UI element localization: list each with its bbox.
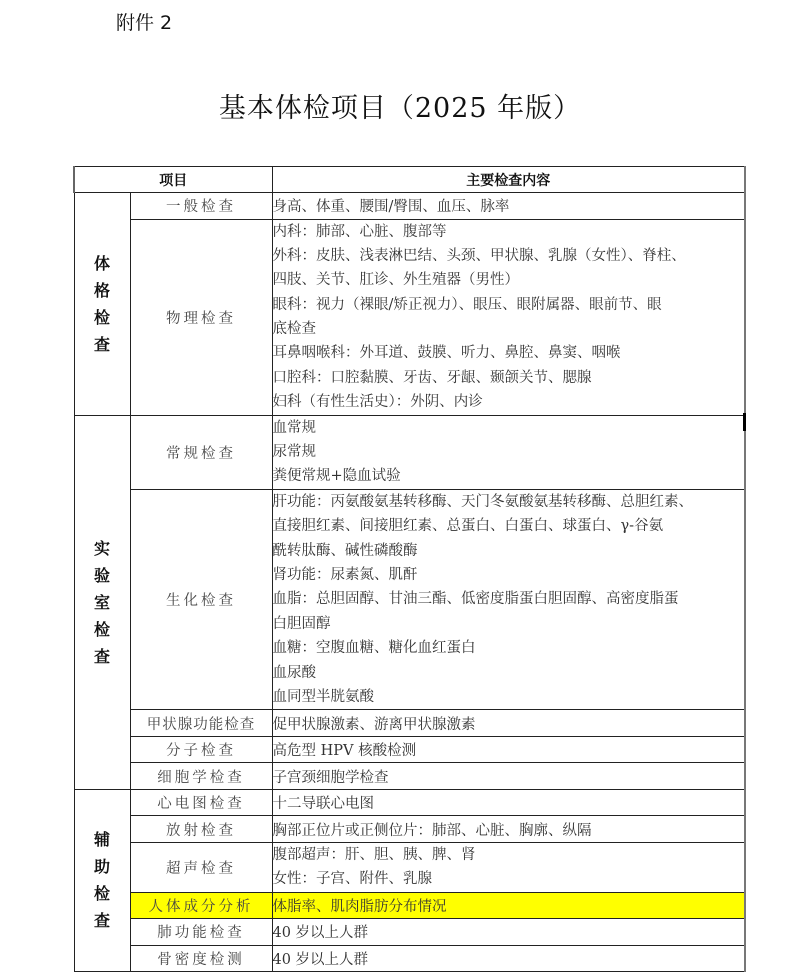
content-line: 口腔科：口腔黏膜、牙齿、牙龈、颞颌关节、腮腺 bbox=[273, 366, 745, 390]
table-header-row: 项目 主要检查内容 bbox=[74, 167, 745, 193]
item-name: 分子检查 bbox=[130, 736, 272, 763]
attachment-label: 附件 2 bbox=[116, 8, 172, 35]
item-name: 物理检查 bbox=[130, 219, 272, 415]
category-char: 验 bbox=[75, 562, 130, 589]
item-content: 40 岁以上人群 bbox=[272, 919, 745, 946]
header-item: 项目 bbox=[74, 167, 272, 193]
category-laboratory-exam: 实 验 室 检 查 bbox=[74, 415, 130, 789]
category-char: 辅 bbox=[75, 826, 130, 853]
table-row: 放射检查 胸部正位片或正侧位片：肺部、心脏、胸廓、纵隔 bbox=[74, 816, 745, 843]
content-line: 妇科（有性生活史）：外阴、内诊 bbox=[273, 390, 745, 414]
table-row: 甲状腺功能检查 促甲状腺激素、游离甲状腺激素 bbox=[74, 710, 745, 737]
document-title: 基本体检项目（2025 年版） bbox=[0, 86, 800, 125]
item-content: 内科：肺部、心脏、腹部等 外科：皮肤、浅表淋巴结、头颈、甲状腺、乳腺（女性）、脊… bbox=[272, 219, 745, 415]
content-line: 眼科：视力（裸眼/矫正视力）、眼压、眼附属器、眼前节、眼 bbox=[273, 293, 745, 317]
table-row: 生化检查 肝功能：丙氨酸氨基转移酶、天门冬氨酸氨基转移酶、总胆红素、 直接胆红素… bbox=[74, 489, 745, 710]
content-line: 肾功能：尿素氮、肌酐 bbox=[273, 563, 745, 587]
table-row: 物理检查 内科：肺部、心脏、腹部等 外科：皮肤、浅表淋巴结、头颈、甲状腺、乳腺（… bbox=[74, 219, 745, 415]
item-name: 甲状腺功能检查 bbox=[130, 710, 272, 737]
item-name: 生化检查 bbox=[130, 489, 272, 710]
content-line: 粪便常规+隐血试验 bbox=[273, 464, 745, 488]
content-line: 腹部超声：肝、胆、胰、脾、肾 bbox=[273, 843, 745, 867]
category-char: 格 bbox=[75, 277, 130, 304]
table-row: 分子检查 高危型 HPV 核酸检测 bbox=[74, 736, 745, 763]
text-cursor-marker bbox=[743, 413, 746, 431]
item-name: 细胞学检查 bbox=[130, 763, 272, 790]
item-content: 十二导联心电图 bbox=[272, 789, 745, 816]
category-physical-exam: 体 格 检 查 bbox=[74, 193, 130, 416]
content-line: 肝功能：丙氨酸氨基转移酶、天门冬氨酸氨基转移酶、总胆红素、 bbox=[273, 490, 745, 514]
category-char: 查 bbox=[75, 643, 130, 670]
category-char: 检 bbox=[75, 880, 130, 907]
category-char: 室 bbox=[75, 589, 130, 616]
item-name: 心电图检查 bbox=[130, 789, 272, 816]
item-name: 放射检查 bbox=[130, 816, 272, 843]
content-line: 血脂：总胆固醇、甘油三酯、低密度脂蛋白胆固醇、高密度脂蛋 bbox=[273, 587, 745, 611]
content-line: 血同型半胱氨酸 bbox=[273, 685, 745, 709]
content-line: 耳鼻咽喉科：外耳道、鼓膜、听力、鼻腔、鼻窦、咽喉 bbox=[273, 341, 745, 365]
table-row: 体 格 检 查 一般检查 身高、体重、腰围/臀围、血压、脉率 bbox=[74, 193, 745, 220]
item-content: 血常规 尿常规 粪便常规+隐血试验 bbox=[272, 415, 745, 489]
content-line: 女性：子宫、附件、乳腺 bbox=[273, 867, 745, 891]
item-content: 体脂率、肌肉脂肪分布情况 bbox=[272, 892, 745, 919]
category-char: 体 bbox=[75, 250, 130, 277]
item-name: 骨密度检测 bbox=[130, 945, 272, 972]
item-content: 40 岁以上人群 bbox=[272, 945, 745, 972]
category-char: 查 bbox=[75, 907, 130, 934]
item-name: 超声检查 bbox=[130, 842, 272, 892]
content-line: 直接胆红素、间接胆红素、总蛋白、白蛋白、球蛋白、γ-谷氨 bbox=[273, 514, 745, 538]
table-row: 超声检查 腹部超声：肝、胆、胰、脾、肾 女性：子宫、附件、乳腺 bbox=[74, 842, 745, 892]
exam-items-table: 项目 主要检查内容 体 格 检 查 一般检查 身高、体重、腰围/臀围、血压、脉率… bbox=[73, 166, 746, 972]
item-content: 身高、体重、腰围/臀围、血压、脉率 bbox=[272, 193, 745, 220]
table-row: 实 验 室 检 查 常规检查 血常规 尿常规 粪便常规+隐血试验 bbox=[74, 415, 745, 489]
content-line: 四肢、关节、肛诊、外生殖器（男性） bbox=[273, 268, 745, 292]
content-line: 血糖：空腹血糖、糖化血红蛋白 bbox=[273, 636, 745, 660]
category-char: 查 bbox=[75, 331, 130, 358]
content-line: 尿常规 bbox=[273, 440, 745, 464]
item-name: 人体成分分析 bbox=[130, 892, 272, 919]
content-line: 血尿酸 bbox=[273, 661, 745, 685]
item-name: 常规检查 bbox=[130, 415, 272, 489]
category-char: 检 bbox=[75, 616, 130, 643]
category-char: 检 bbox=[75, 304, 130, 331]
item-content: 促甲状腺激素、游离甲状腺激素 bbox=[272, 710, 745, 737]
table-row-highlighted: 人体成分分析 体脂率、肌肉脂肪分布情况 bbox=[74, 892, 745, 919]
content-line: 外科：皮肤、浅表淋巴结、头颈、甲状腺、乳腺（女性）、脊柱、 bbox=[273, 244, 745, 268]
category-auxiliary-exam: 辅 助 检 查 bbox=[74, 789, 130, 971]
header-content: 主要检查内容 bbox=[272, 167, 745, 193]
table-row: 肺功能检查 40 岁以上人群 bbox=[74, 919, 745, 946]
item-content: 高危型 HPV 核酸检测 bbox=[272, 736, 745, 763]
content-line: 酰转肽酶、碱性磷酸酶 bbox=[273, 539, 745, 563]
table-row: 骨密度检测 40 岁以上人群 bbox=[74, 945, 745, 972]
table-row: 细胞学检查 子宫颈细胞学检查 bbox=[74, 763, 745, 790]
content-line: 底检查 bbox=[273, 317, 745, 341]
content-line: 内科：肺部、心脏、腹部等 bbox=[273, 220, 745, 244]
item-name: 一般检查 bbox=[130, 193, 272, 220]
table-row: 辅 助 检 查 心电图检查 十二导联心电图 bbox=[74, 789, 745, 816]
category-char: 助 bbox=[75, 853, 130, 880]
item-content: 子宫颈细胞学检查 bbox=[272, 763, 745, 790]
item-name: 肺功能检查 bbox=[130, 919, 272, 946]
content-line: 白胆固醇 bbox=[273, 612, 745, 636]
item-content: 肝功能：丙氨酸氨基转移酶、天门冬氨酸氨基转移酶、总胆红素、 直接胆红素、间接胆红… bbox=[272, 489, 745, 710]
category-char: 实 bbox=[75, 535, 130, 562]
item-content: 腹部超声：肝、胆、胰、脾、肾 女性：子宫、附件、乳腺 bbox=[272, 842, 745, 892]
item-content: 胸部正位片或正侧位片：肺部、心脏、胸廓、纵隔 bbox=[272, 816, 745, 843]
content-line: 血常规 bbox=[273, 416, 745, 440]
